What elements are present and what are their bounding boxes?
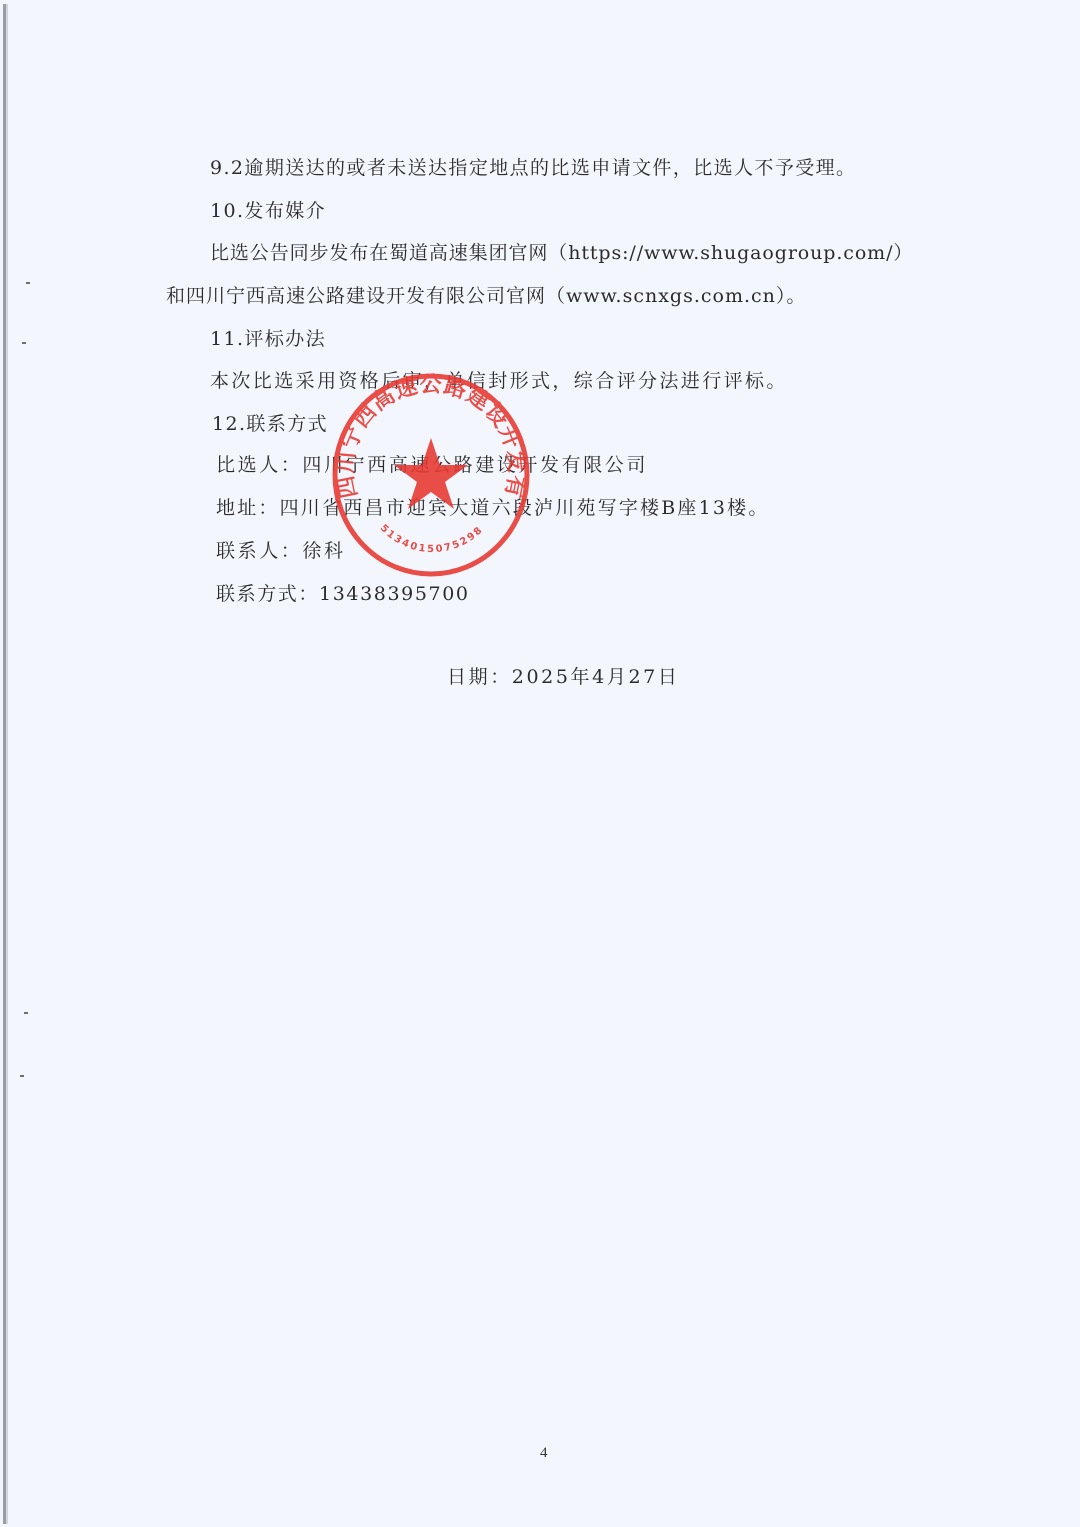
contact-person: 联系人：徐科 bbox=[216, 539, 346, 563]
contact-phone: 联系方式：13438395700 bbox=[216, 582, 470, 606]
heading-contact-info: 12.联系方式 bbox=[212, 412, 328, 436]
contact-address: 地址：四川省西昌市迎宾大道六段泸川苑写字楼B座13楼。 bbox=[216, 496, 770, 520]
document-date: 日期：2025年4月27日 bbox=[447, 665, 679, 689]
paragraph-publication-line-1: 比选公告同步发布在蜀道高速集团官网（https://www.shugaogrou… bbox=[210, 241, 913, 265]
seal-code-text: 5134015075298 bbox=[378, 523, 486, 555]
page-number: 4 bbox=[540, 1445, 548, 1462]
heading-evaluation-method: 11.评标办法 bbox=[210, 327, 326, 351]
paragraph-9-2: 9.2逾期送达的或者未送达指定地点的比选申请文件，比选人不予受理。 bbox=[210, 156, 856, 180]
document-page: 9.2逾期送达的或者未送达指定地点的比选申请文件，比选人不予受理。 10.发布媒… bbox=[0, 0, 1080, 1527]
contact-tenderer: 比选人：四川宁西高速公路建设开发有限公司 bbox=[216, 453, 648, 477]
svg-text:5134015075298: 5134015075298 bbox=[378, 523, 486, 555]
heading-publication-media: 10.发布媒介 bbox=[210, 199, 326, 223]
paragraph-evaluation-method: 本次比选采用资格后审，单信封形式，综合评分法进行评标。 bbox=[210, 369, 788, 393]
paragraph-publication-line-2: 和四川宁西高速公路建设开发有限公司官网（www.scnxgs.com.cn）。 bbox=[166, 284, 806, 308]
